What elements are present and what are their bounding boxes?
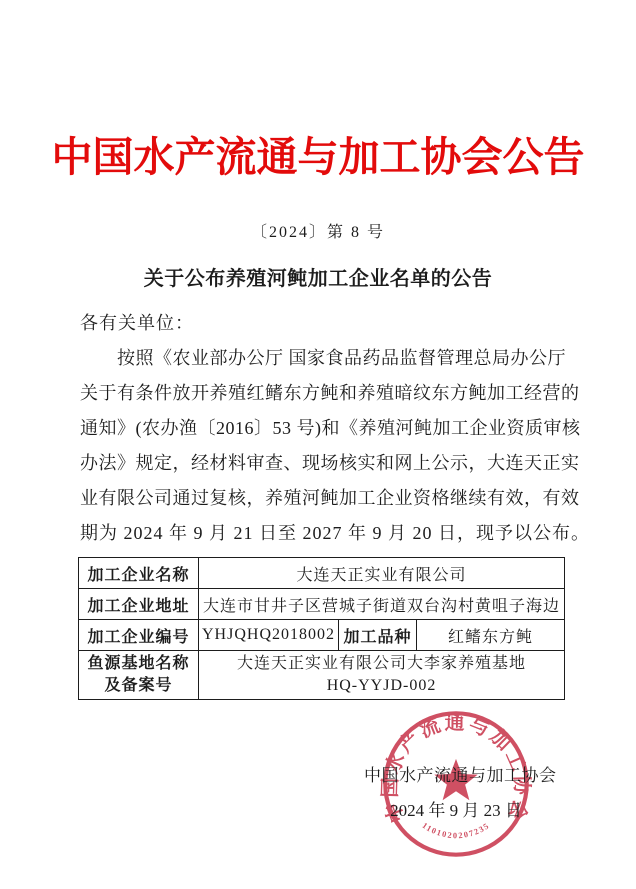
seal-number: 1101020207235 [421,821,492,840]
fish-base-value: 大连天正实业有限公司大李家养殖基地 HQ-YYJD-002 [199,651,565,700]
body-paragraph: 按照《农业部办公厅 国家食品药品监督管理总局办公厅 关于有条件放开养殖红鳍东方鲀… [80,341,557,551]
enterprise-address-value: 大连市甘井子区营城子街道双台沟村黄咀子海边 [199,589,565,620]
salutation: 各有关单位： [80,309,194,335]
fish-base-label: 鱼源基地名称 及备案号 [79,651,199,700]
announcement-document: 中国水产流通与加工协会公告 〔2024〕第 8 号 关于公布养殖河鲀加工企业名单… [0,0,636,889]
fish-base-name: 大连天正实业有限公司大李家养殖基地 [201,653,562,675]
processing-species-value: 红鳍东方鲀 [417,620,565,651]
table-row: 加工企业名称 大连天正实业有限公司 [79,558,565,589]
fish-base-label-line1: 鱼源基地名称 [81,653,196,675]
document-title: 中国水产流通与加工协会公告 [0,124,636,183]
body-line: 办法》规定，经材料审查、现场核实和网上公示，大连天正实 [80,446,557,481]
body-line: 期为 2024 年 9 月 21 日至 2027 年 9 月 20 日，现予以公… [80,516,557,551]
enterprise-code-label: 加工企业编号 [79,620,199,651]
table-row: 加工企业编号 YHJQHQ2018002 加工品种 红鳍东方鲀 [79,620,565,651]
signature-date: 2024 年 9 月 23 日 [380,796,532,821]
fish-base-record-number: HQ-YYJD-002 [201,675,562,697]
table-row: 鱼源基地名称 及备案号 大连天正实业有限公司大李家养殖基地 HQ-YYJD-00… [79,651,565,700]
body-line: 关于有条件放开养殖红鳍东方鲀和养殖暗纹东方鲀加工经营的 [80,376,557,411]
body-line: 通知》(农办渔〔2016〕53 号)和《养殖河鲀加工企业资质审核 [80,411,557,446]
body-line: 业有限公司通过复核，养殖河鲀加工企业资格继续有效，有效 [80,481,557,516]
processing-species-label: 加工品种 [339,620,417,651]
enterprise-name-label: 加工企业名称 [79,558,199,589]
enterprise-name-value: 大连天正实业有限公司 [199,558,565,589]
svg-text:1101020207235: 1101020207235 [421,821,492,840]
announcement-subtitle: 关于公布养殖河鲀加工企业名单的公告 [0,262,636,291]
document-number: 〔2024〕第 8 号 [0,219,636,242]
fish-base-label-line2: 及备案号 [81,675,196,697]
enterprise-info-table: 加工企业名称 大连天正实业有限公司 加工企业地址 大连市甘井子区营城子街道双台沟… [78,557,565,700]
body-line: 按照《农业部办公厅 国家食品药品监督管理总局办公厅 [80,341,557,376]
signature-organization: 中国水产流通与加工协会 [364,761,554,786]
table-row: 加工企业地址 大连市甘井子区营城子街道双台沟村黄咀子海边 [79,589,565,620]
enterprise-code-value: YHJQHQ2018002 [199,620,339,651]
enterprise-address-label: 加工企业地址 [79,589,199,620]
